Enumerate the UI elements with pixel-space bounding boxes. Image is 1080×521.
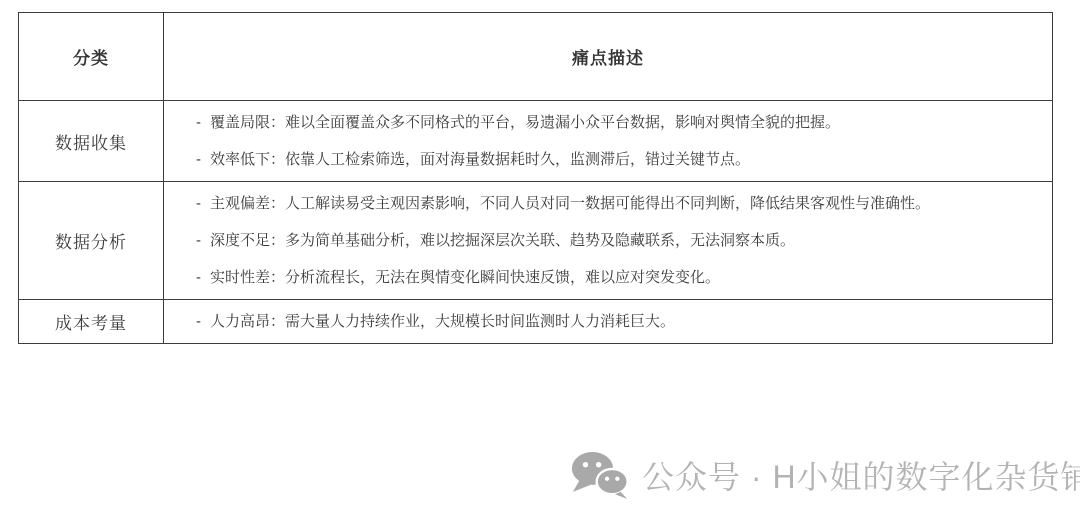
pain-point: -主观偏差：人工解读易受主观因素影响，不同人员对同一数据可能得出不同判断，降低结… [196, 192, 930, 215]
pain-point-text: 覆盖局限：难以全面覆盖众多不同格式的平台，易遗漏小众平台数据，影响对舆情全貌的把… [210, 114, 840, 131]
description-cell-data-collection: -覆盖局限：难以全面覆盖众多不同格式的平台，易遗漏小众平台数据，影响对舆情全貌的… [164, 101, 1052, 182]
pain-point-text: 实时性差：分析流程长，无法在舆情变化瞬间快速反馈，难以应对突发变化。 [210, 269, 720, 286]
pain-point: -效率低下：依靠人工检索筛选，面对海量数据耗时久，监测滞后，错过关键节点。 [196, 148, 840, 171]
category-cell-cost: 成本考量 [19, 300, 164, 343]
points-list: -主观偏差：人工解读易受主观因素影响，不同人员对同一数据可能得出不同判断，降低结… [196, 192, 930, 289]
bullet-dash: - [196, 148, 201, 171]
header-description-label: 痛点描述 [572, 44, 644, 69]
category-cell-data-collection: 数据收集 [19, 101, 164, 182]
bullet-dash: - [196, 229, 201, 252]
table-header-description: 痛点描述 [164, 13, 1052, 101]
watermark-text: 公众号 · H小姐的数字化杂货铺 [642, 452, 1080, 498]
bullet-dash: - [196, 111, 201, 134]
category-label: 数据收集 [55, 129, 127, 154]
pain-point: -深度不足：多为简单基础分析，难以挖掘深层次关联、趋势及隐藏联系，无法洞察本质。 [196, 229, 930, 252]
pain-point: -覆盖局限：难以全面覆盖众多不同格式的平台，易遗漏小众平台数据，影响对舆情全貌的… [196, 111, 840, 134]
category-label: 数据分析 [55, 228, 127, 253]
points-list: -人力高昂：需大量人力持续作业，大规模长时间监测时人力消耗巨大。 [196, 310, 675, 333]
pain-point: -实时性差：分析流程长，无法在舆情变化瞬间快速反馈，难以应对突发变化。 [196, 266, 930, 289]
wechat-icon [570, 450, 630, 500]
description-cell-cost: -人力高昂：需大量人力持续作业，大规模长时间监测时人力消耗巨大。 [164, 300, 1052, 343]
pain-points-table: 分类 痛点描述 数据收集 -覆盖局限：难以全面覆盖众多不同格式的平台，易遗漏小众… [18, 12, 1053, 344]
page: 分类 痛点描述 数据收集 -覆盖局限：难以全面覆盖众多不同格式的平台，易遗漏小众… [0, 0, 1080, 521]
pain-point: -人力高昂：需大量人力持续作业，大规模长时间监测时人力消耗巨大。 [196, 310, 675, 333]
points-list: -覆盖局限：难以全面覆盖众多不同格式的平台，易遗漏小众平台数据，影响对舆情全貌的… [196, 111, 840, 171]
header-category-label: 分类 [73, 44, 109, 69]
pain-point-text: 主观偏差：人工解读易受主观因素影响，不同人员对同一数据可能得出不同判断，降低结果… [210, 195, 930, 212]
watermark: 公众号 · H小姐的数字化杂货铺 [570, 450, 1080, 500]
category-cell-data-analysis: 数据分析 [19, 182, 164, 300]
bullet-dash: - [196, 310, 201, 333]
pain-point-text: 效率低下：依靠人工检索筛选，面对海量数据耗时久，监测滞后，错过关键节点。 [210, 151, 750, 168]
category-label: 成本考量 [55, 309, 127, 334]
bullet-dash: - [196, 266, 201, 289]
table-header-category: 分类 [19, 13, 164, 101]
pain-point-text: 深度不足：多为简单基础分析，难以挖掘深层次关联、趋势及隐藏联系，无法洞察本质。 [210, 232, 795, 249]
bullet-dash: - [196, 192, 201, 215]
pain-point-text: 人力高昂：需大量人力持续作业，大规模长时间监测时人力消耗巨大。 [210, 313, 675, 330]
description-cell-data-analysis: -主观偏差：人工解读易受主观因素影响，不同人员对同一数据可能得出不同判断，降低结… [164, 182, 1052, 300]
